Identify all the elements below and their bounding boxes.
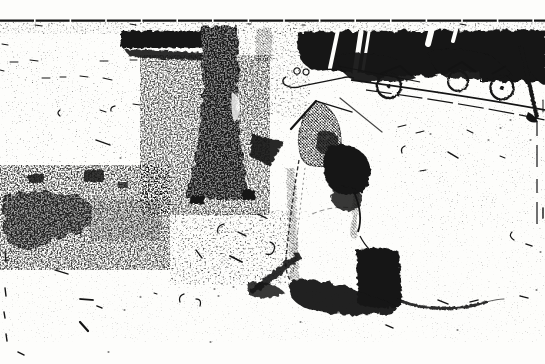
post-behind-wall — [256, 28, 272, 61]
halftone-photo — [0, 0, 545, 364]
